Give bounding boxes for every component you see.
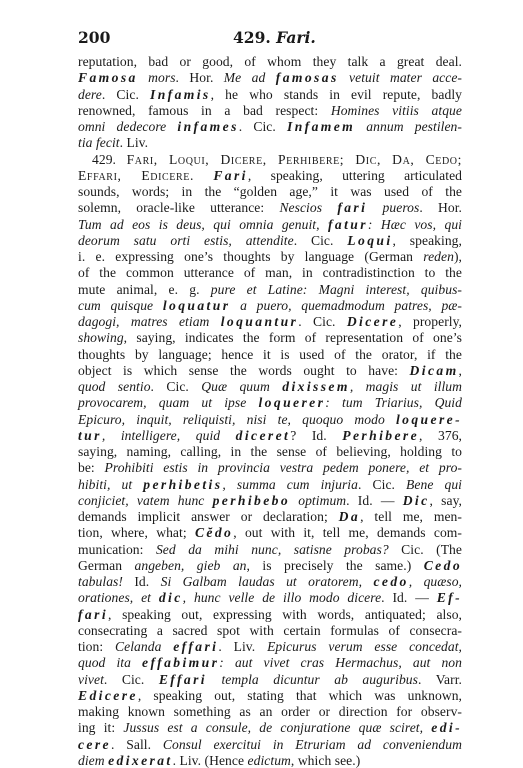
text-run: , properly, <box>398 314 462 329</box>
text-run: thoughts by language; hence it is used o… <box>78 347 462 362</box>
latin-quote: orationes, et <box>78 590 159 605</box>
latin-quote: edictum <box>248 753 291 768</box>
text-line: 429. Fari, Loqui, Dicere, Perhibere; Dic… <box>78 152 462 168</box>
text-line: reputation, bad or good, of whom they ta… <box>78 54 462 70</box>
latin-quote: Epicuro, inquit, reliquisti, nisi te, qu… <box>78 412 396 427</box>
text-run: . Hor. <box>419 200 462 215</box>
text-line: diem edixerat. Liv. (Hence edictum, whic… <box>78 753 462 768</box>
page-number: 200 <box>78 28 110 47</box>
spaced-term: effabimur <box>142 655 219 670</box>
text-line: demands implicit answer or declaration; … <box>78 509 462 525</box>
spaced-term: Edicere <box>78 688 138 703</box>
text-line: thoughts by language; hence it is used o… <box>78 347 462 363</box>
text-run: . Hor. <box>176 70 224 85</box>
text-line: ing it: Jussus est a consule, de conjura… <box>78 720 462 736</box>
text-run: . Cic. <box>102 87 150 102</box>
text-run: , speaking out, expressing with words, a… <box>108 607 462 622</box>
spaced-term: perhibetis <box>143 477 222 492</box>
latin-quote: , magis ut illum <box>350 379 462 394</box>
text-run: , tell me, men- <box>360 509 462 524</box>
text-run: saying, naming, calling, in the sense of… <box>78 444 462 459</box>
text-line: cere. Sall. Consul exercitui in Etruriam… <box>78 737 462 753</box>
latin-quote: tabulas! <box>78 574 123 589</box>
latin-quote: omni dedecore <box>78 119 177 134</box>
text-line: vivet. Cic. Effari templa dicuntur ab au… <box>78 672 462 688</box>
spaced-term: cedo <box>373 574 408 589</box>
latin-quote: mors <box>138 70 176 85</box>
spaced-term: Ef- <box>437 590 462 605</box>
text-line: tur, intelligere, quid diceret? Id. Perh… <box>78 428 462 444</box>
text-run: . Liv. (Hence <box>173 753 248 768</box>
text-run: , speaking, <box>393 233 462 248</box>
spaced-term: perhibebo <box>213 493 290 508</box>
text-line: fari, speaking out, expressing with word… <box>78 607 462 623</box>
text-run: ing it: <box>78 720 123 735</box>
latin-quote: vetuit mater acce- <box>339 70 462 85</box>
latin-quote: pure et Latine: Magni interest, quibus- <box>211 282 462 297</box>
text-line: mute animal, e. g. pure et Latine: Magni… <box>78 282 462 298</box>
text-run: Id. <box>123 574 161 589</box>
text-run: be: <box>78 460 105 475</box>
spaced-term: famosas <box>276 70 339 85</box>
text-run: tion: <box>78 639 115 654</box>
spaced-term: fatur <box>328 217 368 232</box>
latin-quote: hibiti, ut <box>78 477 143 492</box>
latin-quote: optimum <box>290 493 346 508</box>
latin-quote: Bene qui <box>406 477 462 492</box>
text-run: . Id. — <box>346 493 403 508</box>
text-line: deorum satu orti estis, attendite. Cic. … <box>78 233 462 249</box>
latin-quote: Jussus est a consule, de conjuratione qu… <box>123 720 431 735</box>
text-line: quod sentio. Cic. Quæ quum dixissem, mag… <box>78 379 462 395</box>
spaced-term: Cĕdo <box>195 525 233 540</box>
latin-quote: annum pestilen- <box>355 119 462 134</box>
text-line: i. e. expressing one’s thoughts by langu… <box>78 249 462 265</box>
text-line: omni dedecore infames. Cic. Infamem annu… <box>78 119 462 135</box>
text-line: showing, saying, indicates the form of r… <box>78 330 462 346</box>
spaced-term: Perhibere <box>342 428 419 443</box>
spaced-term: Dicere <box>347 314 398 329</box>
text-line: object is which sense the words ought to… <box>78 363 462 379</box>
text-line: tion: Celanda effari. Liv. Epicurus veru… <box>78 639 462 655</box>
text-run: renowned, famous in a bad respect: <box>78 103 331 118</box>
text-run: 429. <box>92 152 127 167</box>
text-line: tia fecit. Liv. <box>78 135 462 151</box>
latin-quote: deorum satu orti estis, attendite <box>78 233 294 248</box>
text-run: demands implicit answer or declaration; <box>78 509 339 524</box>
latin-quote: , summa cum injuria <box>222 477 358 492</box>
text-run: . Cic. <box>294 233 348 248</box>
text-run: making known something as an order or di… <box>78 704 462 719</box>
text-line: be: Prohibiti estis in provincia vestra … <box>78 460 462 476</box>
latin-quote: dagogi, matres etiam <box>78 314 221 329</box>
spaced-term: cere <box>78 737 111 752</box>
latin-quote: Epicurus verum esse concedat, <box>267 639 462 654</box>
text-run: of the common utterance of man, in contr… <box>78 265 462 280</box>
spaced-term: fari <box>337 200 367 215</box>
text-run: . Cic. <box>358 477 406 492</box>
text-line: dere. Cic. Infamis, he who stands in evi… <box>78 87 462 103</box>
latin-quote: Celanda <box>115 639 173 654</box>
latin-quote: angeben, gieb an <box>135 558 247 573</box>
latin-quote: quod sentio <box>78 379 151 394</box>
spaced-term: Famosa <box>78 70 138 85</box>
text-line: Edicere, speaking out, stating that whic… <box>78 688 462 704</box>
latin-quote: quod ita <box>78 655 142 670</box>
spaced-term: loquerer <box>259 395 326 410</box>
text-run: , speaking out, stating that which was u… <box>138 688 462 703</box>
latin-quote: , quæso, <box>409 574 462 589</box>
latin-quote: templa dicuntur ab auguribus <box>207 672 418 687</box>
text-line: tabulas! Id. Si Galbam laudas ut oratore… <box>78 574 462 590</box>
text-line: tion, where, what; Cĕdo, out with it, te… <box>78 525 462 541</box>
latin-quote: Sed da mihi nunc, satisne probas? <box>156 542 389 557</box>
text-run: sounds, words; in the “golden age,” it w… <box>78 184 462 199</box>
text-run: , which see.) <box>291 753 360 768</box>
latin-quote: diem <box>78 753 108 768</box>
spaced-term: Dicam <box>410 363 459 378</box>
text-line: of the common utterance of man, in contr… <box>78 265 462 281</box>
text-line: Tum ad eos is deus, qui omnia genuit, fa… <box>78 217 462 233</box>
latin-quote: , intelligere, quid <box>102 428 236 443</box>
text-run: , 376, <box>419 428 462 443</box>
text-line: consecrating a sacred spot with certain … <box>78 623 462 639</box>
latin-quote: Consul exercitui in Etruriam ad convenie… <box>163 737 462 752</box>
text-run: . Cic. <box>104 672 159 687</box>
text-line: renowned, famous in a bad respect: Homin… <box>78 103 462 119</box>
text-run: , out with it, tell me, demands com- <box>233 525 462 540</box>
spaced-term: Dic <box>403 493 430 508</box>
text-line: provocarem, quam ut ipse loquerer: tum T… <box>78 395 462 411</box>
section-title: Fari. <box>276 28 316 47</box>
latin-quote: Prohibiti estis in provincia vestra pede… <box>105 460 462 475</box>
spaced-term: Da <box>339 509 360 524</box>
spaced-term: edixerat <box>108 753 173 768</box>
spaced-term: loquere- <box>396 412 462 427</box>
text-run: mute animal, e. g. <box>78 282 211 297</box>
small-caps-heading: Fari, Loqui, Dicere, Perhibere; Dic, Da,… <box>127 152 462 167</box>
running-header: 200 429. Fari. <box>78 28 462 50</box>
spaced-term: dixissem <box>282 379 350 394</box>
text-run: tion, where, what; <box>78 525 195 540</box>
text-run: , is precisely the same.) <box>247 558 424 573</box>
spaced-term: dic <box>159 590 183 605</box>
text-line: Epicuro, inquit, reliquisti, nisi te, qu… <box>78 412 462 428</box>
text-run: . Sall. <box>111 737 163 752</box>
text-run: German <box>78 558 135 573</box>
spaced-term: diceret <box>236 428 291 443</box>
latin-quote: Nescios <box>279 200 337 215</box>
latin-quote: Quæ quum <box>201 379 282 394</box>
text-run: . Cic. <box>298 314 347 329</box>
spaced-term: fari <box>78 607 108 622</box>
spaced-term: infames <box>177 119 238 134</box>
body-text: reputation, bad or good, of whom they ta… <box>78 54 462 768</box>
text-run <box>194 168 213 183</box>
text-run: munication: <box>78 542 156 557</box>
latin-quote: showing <box>78 330 124 345</box>
text-run: , <box>459 363 462 378</box>
latin-quote: Si Galbam laudas ut oratorem, <box>161 574 374 589</box>
spaced-term: tur <box>78 428 102 443</box>
section-number: 429. <box>233 28 271 47</box>
text-run: solemn, oracle-like utterance: <box>78 200 279 215</box>
text-line: orationes, et dic, hunc velle de illo mo… <box>78 590 462 606</box>
latin-quote: a puero, quemadmodum patres, pæ- <box>230 298 462 313</box>
book-page: 200 429. Fari. reputation, bad or good, … <box>78 28 462 768</box>
section-heading: 429. Fari. <box>233 28 316 47</box>
spaced-term: Fari <box>213 168 248 183</box>
text-line: cum quisque loquatur a puero, quemadmodu… <box>78 298 462 314</box>
text-run: reputation, bad or good, of whom they ta… <box>78 54 462 69</box>
text-run: object is which sense the words ought to… <box>78 363 410 378</box>
text-line: saying, naming, calling, in the sense of… <box>78 444 462 460</box>
text-run: . Cic. <box>151 379 202 394</box>
spaced-term: Effari <box>159 672 207 687</box>
latin-quote: Homines vitiis atque <box>331 103 462 118</box>
text-run: . Liv. <box>218 639 267 654</box>
text-run: ), <box>454 249 462 264</box>
text-line: German angeben, gieb an, is precisely th… <box>78 558 462 574</box>
latin-quote: , hunc velle de illo modo dicere <box>183 590 382 605</box>
text-run: . Varr. <box>418 672 462 687</box>
latin-quote: tia fecit <box>78 135 120 150</box>
text-line: dagogi, matres etiam loquantur. Cic. Dic… <box>78 314 462 330</box>
small-caps-heading: Effari, Edicere. <box>78 168 194 183</box>
spaced-term: effari <box>173 639 218 654</box>
text-line: quod ita effabimur: aut vivet cras Herma… <box>78 655 462 671</box>
spaced-term: Cedo <box>424 558 462 573</box>
spaced-term: edi- <box>431 720 462 735</box>
spaced-term: Infamem <box>287 119 355 134</box>
latin-quote: dere <box>78 87 102 102</box>
text-run: consecrating a sacred spot with certain … <box>78 623 462 638</box>
text-run: , say, <box>430 493 462 508</box>
text-run: . Liv. <box>120 135 149 150</box>
text-run: Cic. (The <box>389 542 462 557</box>
text-line: hibiti, ut perhibetis, summa cum injuria… <box>78 477 462 493</box>
spaced-term: Infamis <box>150 87 211 102</box>
latin-quote: : aut vivet cras Hermachus, aut non <box>219 655 462 670</box>
text-run: , saying, indicates the form of represen… <box>124 330 462 345</box>
text-run: ? Id. <box>290 428 342 443</box>
latin-quote: conjiciet, vatem hunc <box>78 493 213 508</box>
text-run: , speaking, uttering articulated <box>248 168 462 183</box>
text-line: conjiciet, vatem hunc perhibebo optimum.… <box>78 493 462 509</box>
spaced-term: loquatur <box>163 298 231 313</box>
latin-quote: cum quisque <box>78 298 163 313</box>
text-run: . Id. — <box>381 590 437 605</box>
text-run: i. e. expressing one’s thoughts by langu… <box>78 249 423 264</box>
text-line: sounds, words; in the “golden age,” it w… <box>78 184 462 200</box>
text-run: . Cic. <box>239 119 287 134</box>
latin-quote: : Hæc vos, qui <box>368 217 462 232</box>
text-line: munication: Sed da mihi nunc, satisne pr… <box>78 542 462 558</box>
text-line: Famosa mors. Hor. Me ad famosas vetuit m… <box>78 70 462 86</box>
spaced-term: Loqui <box>347 233 392 248</box>
text-line: solemn, oracle-like utterance: Nescios f… <box>78 200 462 216</box>
latin-quote: : tum Triarius, Quid <box>325 395 462 410</box>
latin-quote: Me ad <box>224 70 276 85</box>
text-line: Effari, Edicere. Fari, speaking, utterin… <box>78 168 462 184</box>
spaced-term: loquantur <box>221 314 299 329</box>
text-line: making known something as an order or di… <box>78 704 462 720</box>
latin-quote: Tum ad eos is deus, qui omnia genuit, <box>78 217 328 232</box>
latin-quote: provocarem, quam ut ipse <box>78 395 259 410</box>
text-run: , he who stands in evil repute, badly <box>211 87 462 102</box>
latin-quote: vivet <box>78 672 104 687</box>
latin-quote: reden <box>423 249 454 264</box>
latin-quote: pueros <box>367 200 419 215</box>
